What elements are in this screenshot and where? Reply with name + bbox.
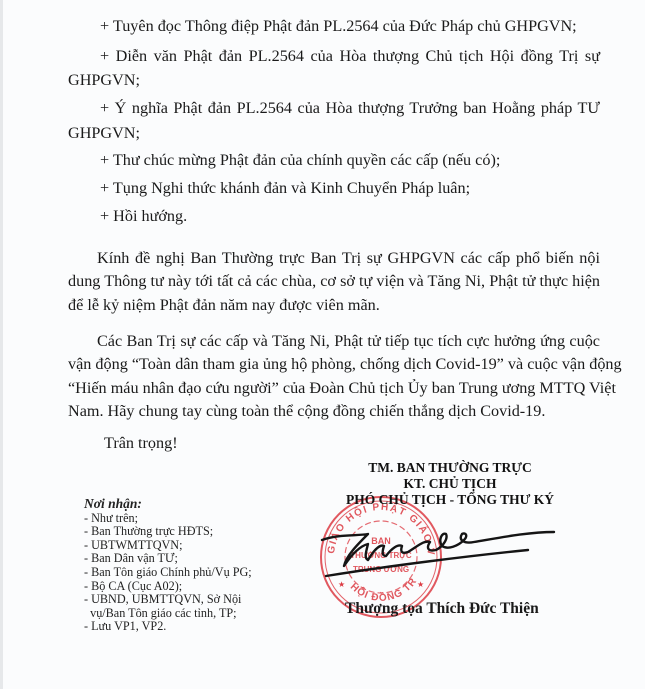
recipient-item: - Bộ CA (Cục A02); xyxy=(84,580,252,594)
item-3-cont: GHPGVN; xyxy=(68,123,140,143)
item-2-cont: GHPGVN; xyxy=(68,70,140,90)
recipient-item: vụ/Ban Tôn giáo các tỉnh, TP; xyxy=(84,607,252,621)
svg-text:★: ★ xyxy=(338,580,345,589)
recipient-item: - Lưu VP1, VP2. xyxy=(84,620,252,634)
recipients-title: Nơi nhận: xyxy=(84,497,252,511)
paragraph-2-line-3: “Hiến máu nhân đạo cứu người” của Đoàn C… xyxy=(68,378,600,398)
item-5: + Tụng Nghi thức khánh đản và Kinh Chuyể… xyxy=(100,178,470,198)
recipient-item: - UBND, UBMTTQVN, Sở Nội xyxy=(84,593,252,607)
signer-name: Thượng tọa Thích Đức Thiện xyxy=(345,600,539,618)
item-2: + Diễn văn Phật đản PL.2564 của Hòa thượ… xyxy=(100,46,600,66)
paragraph-2-line-1: Các Ban Trị sự các cấp và Tăng Ni, Phật … xyxy=(97,331,600,351)
svg-text:★: ★ xyxy=(417,580,424,589)
sig-line-1: TM. BAN THƯỜNG TRỰC xyxy=(320,460,580,476)
recipient-item: - Như trên; xyxy=(84,512,252,526)
paragraph-1-line-3: để lễ kỷ niệm Phật đản năm nay được viên… xyxy=(68,295,380,315)
paragraph-2-line-2: vận động “Toàn dân tham gia ủng hộ phòng… xyxy=(68,354,600,374)
signature-block: TM. BAN THƯỜNG TRỰC KT. CHỦ TỊCH PHÓ CHỦ… xyxy=(320,460,580,508)
paragraph-1-line-2: dung Thông tư này tới tất cả các chùa, c… xyxy=(68,271,600,291)
recipients-list: Nơi nhận: - Như trên; - Ban Thường trực … xyxy=(84,497,252,634)
item-6: + Hồi hướng. xyxy=(100,206,187,226)
item-3: + Ý nghĩa Phật đản PL.2564 của Hòa thượn… xyxy=(100,98,600,118)
sig-line-2: KT. CHỦ TỊCH xyxy=(320,476,580,492)
closing: Trân trọng! xyxy=(104,433,178,453)
recipient-item: - Ban Thường trực HĐTS; xyxy=(84,525,252,539)
paragraph-2-line-4: Nam. Hãy chung tay cùng toàn thể cộng đồ… xyxy=(68,401,545,421)
item-1: + Tuyên đọc Thông điệp Phật đản PL.2564 … xyxy=(100,16,577,36)
sig-line-3: PHÓ CHỦ TỊCH - TỔNG THƯ KÝ xyxy=(320,492,580,508)
handwritten-signature-icon xyxy=(318,520,558,580)
recipient-item: - Ban Dân vận TƯ; xyxy=(84,552,252,566)
paragraph-1-line-1: Kính đề nghị Ban Thường trực Ban Trị sự … xyxy=(97,248,600,268)
recipient-item: - Ban Tôn giáo Chính phủ/Vụ PG; xyxy=(84,566,252,580)
document-page: + Tuyên đọc Thông điệp Phật đản PL.2564 … xyxy=(0,0,645,689)
recipient-item: - UBTWMTTQVN; xyxy=(84,539,252,553)
item-4: + Thư chúc mừng Phật đản của chính quyền… xyxy=(100,150,500,170)
